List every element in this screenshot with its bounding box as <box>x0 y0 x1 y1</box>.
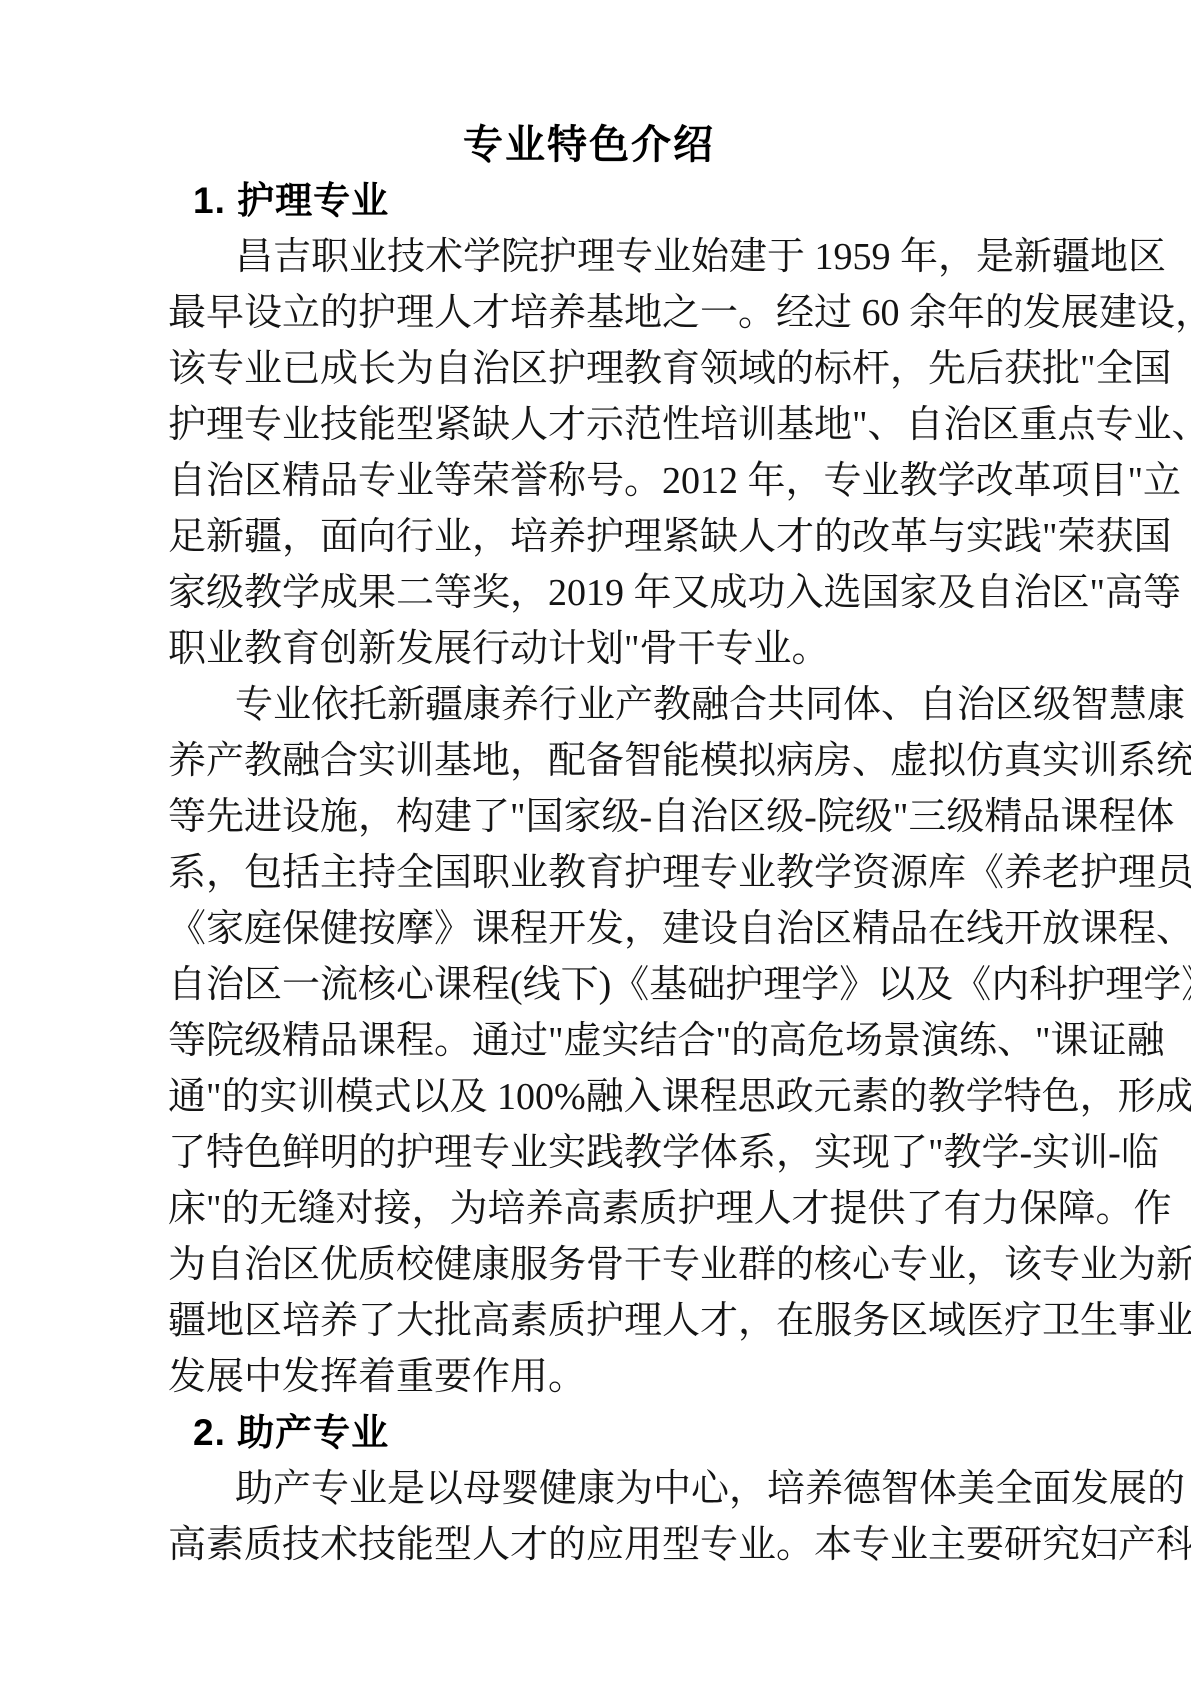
text-line: 养产教融合实训基地，配备智能模拟病房、虚拟仿真实训系统 <box>168 733 1010 789</box>
section-heading: 1. 护理专业 <box>168 173 1010 229</box>
text-line: 通"的实训模式以及 100%融入课程思政元素的教学特色，形成 <box>168 1069 1010 1125</box>
text-line: 系，包括主持全国职业教育护理专业教学资源库《养老护理员》 <box>168 845 1010 901</box>
text-line: 发展中发挥着重要作用。 <box>168 1349 1010 1405</box>
text-line: 该专业已成长为自治区护理教育领域的标杆，先后获批"全国 <box>168 341 1010 397</box>
text-line: 家级教学成果二等奖，2019 年又成功入选国家及自治区"高等 <box>168 565 1010 621</box>
text-line: 最早设立的护理人才培养基地之一。经过 60 余年的发展建设， <box>168 285 1010 341</box>
document-page: 专业特色介绍 1. 护理专业昌吉职业技术学院护理专业始建于 1959 年，是新疆… <box>0 0 1191 1684</box>
text-line: 高素质技术技能型人才的应用型专业。本专业主要研究妇产科 <box>168 1517 1010 1573</box>
text-line: 疆地区培养了大批高素质护理人才，在服务区域医疗卫生事业 <box>168 1293 1010 1349</box>
text-line: 专业依托新疆康养行业产教融合共同体、自治区级智慧康 <box>168 677 1010 733</box>
text-line: 等先进设施，构建了"国家级-自治区级-院级"三级精品课程体 <box>168 789 1010 845</box>
document-body: 1. 护理专业昌吉职业技术学院护理专业始建于 1959 年，是新疆地区最早设立的… <box>168 173 1010 1573</box>
text-line: 自治区一流核心课程(线下)《基础护理学》以及《内科护理学》 <box>168 957 1010 1013</box>
text-line: 足新疆，面向行业，培养护理紧缺人才的改革与实践"荣获国 <box>168 509 1010 565</box>
text-line: 护理专业技能型紧缺人才示范性培训基地"、自治区重点专业、 <box>168 397 1010 453</box>
text-line: 为自治区优质校健康服务骨干专业群的核心专业，该专业为新 <box>168 1237 1010 1293</box>
document-title: 专业特色介绍 <box>168 117 1010 173</box>
text-line: 床"的无缝对接，为培养高素质护理人才提供了有力保障。作 <box>168 1181 1010 1237</box>
section-heading: 2. 助产专业 <box>168 1405 1010 1461</box>
text-line: 助产专业是以母婴健康为中心，培养德智体美全面发展的 <box>168 1461 1010 1517</box>
text-line: 职业教育创新发展行动计划"骨干专业。 <box>168 621 1010 677</box>
text-line: 《家庭保健按摩》课程开发，建设自治区精品在线开放课程、 <box>168 901 1010 957</box>
text-line: 了特色鲜明的护理专业实践教学体系，实现了"教学-实训-临 <box>168 1125 1010 1181</box>
text-line: 自治区精品专业等荣誉称号。2012 年，专业教学改革项目"立 <box>168 453 1010 509</box>
text-line: 等院级精品课程。通过"虚实结合"的高危场景演练、"课证融 <box>168 1013 1010 1069</box>
text-line: 昌吉职业技术学院护理专业始建于 1959 年，是新疆地区 <box>168 229 1010 285</box>
